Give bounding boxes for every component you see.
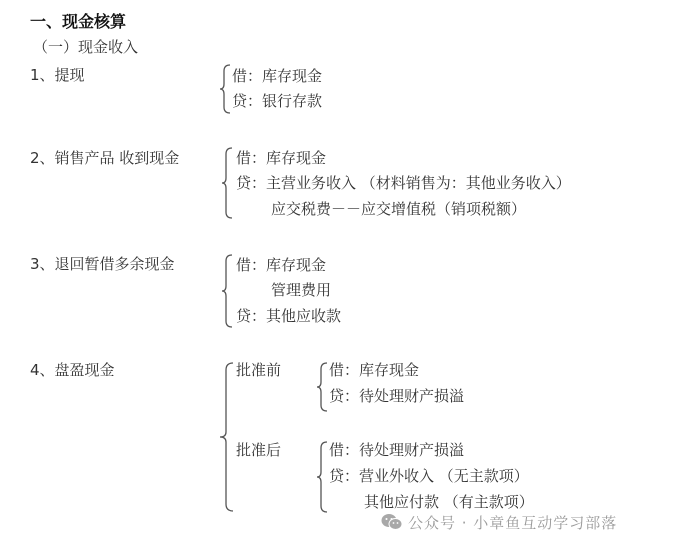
debit-entry: 借：待处理财产损溢 [329,440,464,460]
debit-entry: 借：库存现金 [236,148,326,168]
brace-icon [218,362,234,512]
credit-entry: 贷：主营业务收入 （材料销售为：其他业务收入） [236,173,571,193]
brace-icon [316,362,328,412]
brace-icon [316,441,328,513]
stage-label: 批准前 [236,360,281,380]
credit-entry: 其他应付款 （有主款项） [364,492,534,512]
stage-label: 批准后 [236,440,281,460]
watermark-text: 公众号 · 小章鱼互动学习部落 [408,512,617,533]
brace-icon [221,254,233,328]
item-label: 3、退回暂借多余现金 [30,254,175,274]
credit-entry: 贷：其他应收款 [236,306,341,326]
section-title: 一、现金核算 [30,12,126,32]
credit-entry: 应交税费－－应交增值税（销项税额） [271,199,526,219]
subsection-title: （一）现金收入 [33,37,138,57]
debit-entry: 管理费用 [271,280,331,300]
credit-entry: 贷：营业外收入 （无主款项） [329,466,529,486]
credit-entry: 贷：银行存款 [232,91,322,111]
debit-entry: 借：库存现金 [236,255,326,275]
wechat-icon [381,513,403,535]
debit-entry: 借：库存现金 [329,360,419,380]
debit-entry: 借：库存现金 [232,66,322,86]
item-label: 1、提现 [30,65,85,85]
item-label: 4、盘盈现金 [30,360,115,380]
brace-icon [219,64,231,114]
credit-entry: 贷：待处理财产损溢 [329,386,464,406]
brace-icon [221,147,233,219]
item-label: 2、销售产品 收到现金 [30,148,179,168]
